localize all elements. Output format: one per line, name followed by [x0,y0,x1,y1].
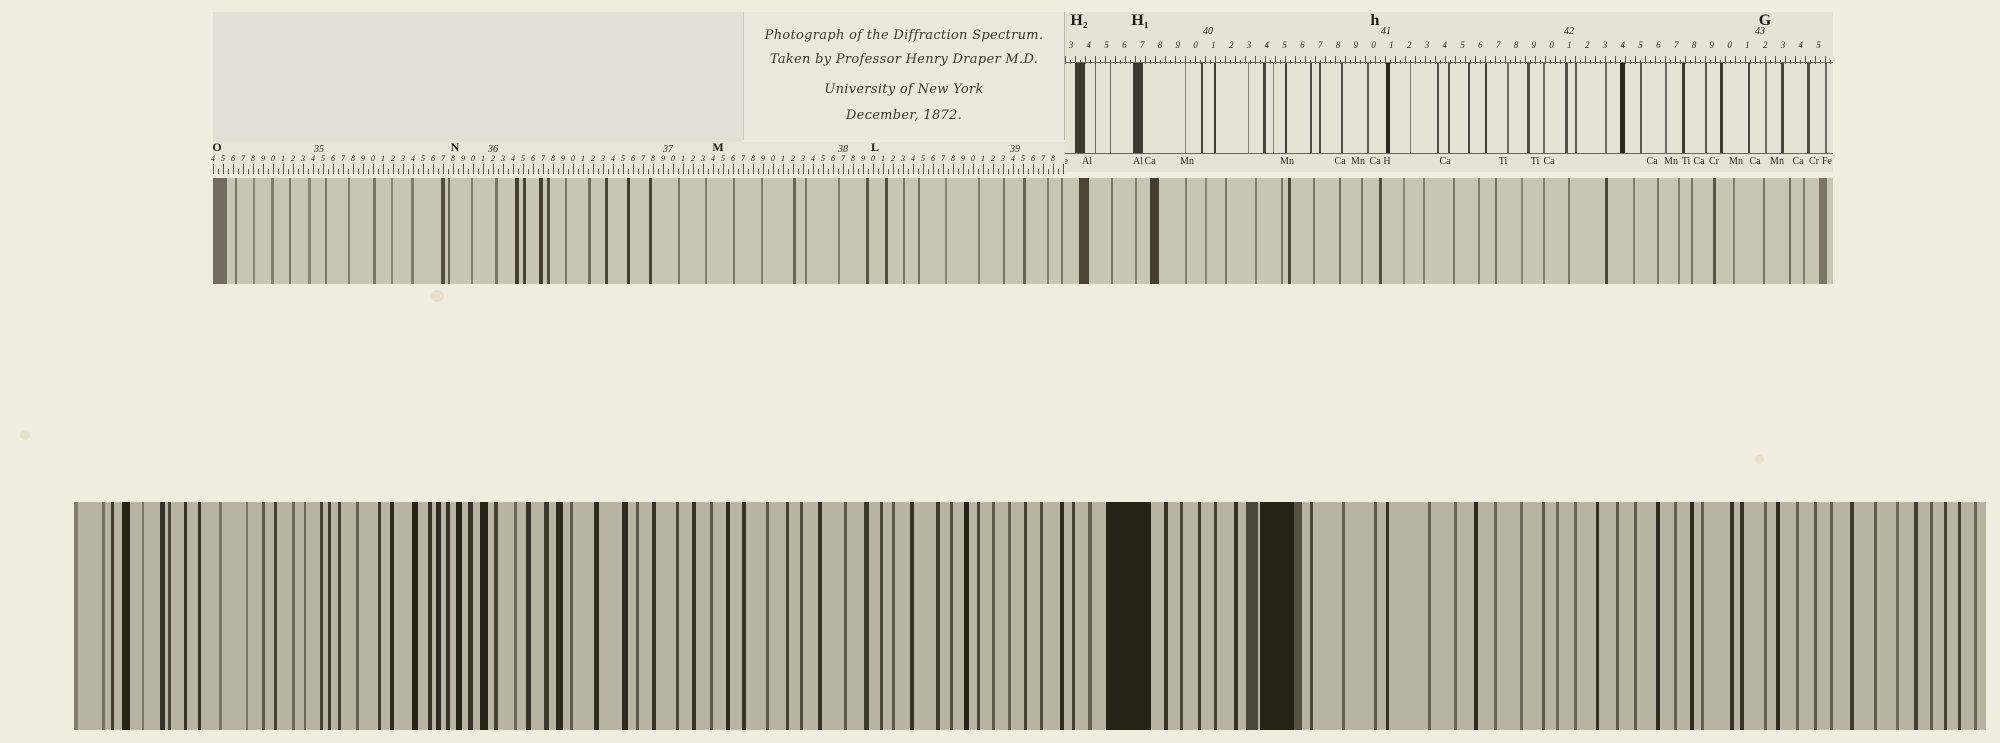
spectral-line [1527,63,1530,153]
element-label: Ca [1646,156,1657,167]
scale-tick [323,164,324,174]
spectral-line [1690,502,1694,730]
scale-tick [493,164,494,174]
spectral-line [992,502,995,730]
spectral-line [844,502,847,730]
spectral-line [1691,178,1693,284]
scale-tick [813,164,814,174]
scale-tick [473,164,474,174]
scale-tick [543,164,544,174]
element-label: Ca [1792,156,1803,167]
scale-tick [418,169,419,174]
scale-digit: 5 [1282,40,1287,50]
scale-digit: 6 [1478,40,1483,50]
spectral-line [448,178,450,284]
scale-digit: 9 [661,154,665,163]
spectral-line [411,178,414,284]
element-label: Ca [1369,156,1380,167]
element-label: Mn [1180,156,1194,167]
scale-digit: 0 [971,154,975,163]
spectral-line [636,502,639,730]
scale-tick [623,164,624,174]
spectral-line [1543,63,1545,153]
scale-tick [523,164,524,174]
element-labels: FeAlAlCaMnMnCaMnCaHCaTiTiCaCaMnTiCaCrMnC… [1065,152,1833,174]
scale-tick [218,169,219,174]
scale-tick [883,164,884,174]
spectral-line [1135,178,1137,284]
spectral-line [838,178,840,284]
scale-tick [1008,169,1009,174]
spectral-line [1088,502,1092,730]
spectral-line [1339,178,1341,284]
spectral-line [805,178,807,284]
spectral-line [918,178,920,284]
spectral-line [1825,63,1827,153]
scale-tick [1023,164,1024,174]
element-label: Ti [1531,156,1540,167]
scale-tick [1043,164,1044,174]
scale-digit: 7 [1041,154,1045,163]
spectral-line [1410,63,1411,153]
scale-digit: 8 [1336,40,1341,50]
scale-tick [683,164,684,174]
enlarged-spectrum-band [74,502,1986,730]
spectral-line [1958,502,1961,730]
element-label: Ca [1144,156,1155,167]
scale-tick [1003,164,1004,174]
spectral-line [1620,63,1625,153]
scale-tick [948,169,949,174]
caption-line-2: Taken by Professor Henry Draper M.D. [744,52,1064,67]
spectral-line [378,502,381,730]
scale-digit: 8 [651,154,655,163]
scale-digit: 4 [211,154,215,163]
spectral-line [390,502,394,730]
element-label: Cr [1709,156,1719,167]
scale-tick [1048,169,1049,174]
spectral-line [1556,502,1559,730]
spectral-line [1285,63,1287,153]
scale-digit: 2 [891,154,895,163]
spectral-line [274,502,277,730]
scale-tick [513,164,514,174]
fraunhofer-marker: H₁ [1131,12,1148,30]
scale-digit: 1 [381,154,385,163]
scale-tick [958,169,959,174]
element-label: Mn [1729,156,1743,167]
scale-tick [578,169,579,174]
scale-tick [673,164,674,174]
spectral-line [446,502,450,730]
scale-tick [463,164,464,174]
spectral-line [978,178,980,284]
spectral-line [676,502,679,730]
spectral-line [1930,502,1933,730]
spectral-line [142,502,144,730]
spectral-line [1180,502,1183,730]
spectral-line [742,502,746,730]
spectral-line [308,178,311,284]
spectral-line [1733,178,1735,284]
scale-tick [563,164,564,174]
scale-digit: 2 [791,154,795,163]
scale-digit: 2 [391,154,395,163]
element-label: Fe [1822,156,1832,167]
scale-tick [818,169,819,174]
spectral-line [1150,178,1159,284]
scale-tick [978,169,979,174]
spectral-line [1803,178,1805,284]
scale-tick [518,169,519,174]
spectral-line [480,502,488,730]
spectral-line [1474,502,1478,730]
scale-digit: 3 [1603,40,1608,50]
spectral-line [705,178,707,284]
spectral-line [1273,63,1274,153]
scale-tick [453,164,454,174]
spectral-line [441,178,445,284]
scale-digit: 5 [721,154,725,163]
spectral-line [198,502,201,730]
scale-digit: 9 [1532,40,1537,50]
scale-digit: 2 [991,154,995,163]
scale-tick [663,164,664,174]
scale-digit: 3 [701,154,705,163]
upper-spectrum-band [213,178,1833,284]
scale-tick [1058,169,1059,174]
spectral-line [945,178,947,284]
scale-tick [843,164,844,174]
scale-tick [898,169,899,174]
scale-tick [853,164,854,174]
spectral-line [328,502,331,730]
scale-digit: 4 [1011,154,1015,163]
scale-digit: 2 [1763,40,1768,50]
scale-number: 35 [314,144,324,155]
scale-digit: 2 [591,154,595,163]
scale-tick [748,169,749,174]
spectral-line [1379,178,1382,284]
spectral-line [726,502,730,730]
scale-digit: 0 [1193,40,1198,50]
spectral-line [1485,63,1487,153]
spectral-line [1713,178,1716,284]
scale-digit: 3 [1425,40,1430,50]
scale-tick [428,169,429,174]
scale-digit: 6 [331,154,335,163]
spectral-line [1185,178,1187,284]
spectral-line [880,502,883,730]
scale-tick [383,164,384,174]
spectral-line [102,502,105,730]
scale-tick [963,164,964,174]
spectral-line [1807,63,1810,153]
element-label: Mn [1280,156,1294,167]
spectral-line [1072,502,1075,730]
spectral-line [1361,178,1363,284]
spectral-line [1494,502,1497,730]
spectral-line [1024,502,1027,730]
scale-digit: 0 [271,154,275,163]
scale-tick [423,164,424,174]
map-scale-ruler: 3456789012345678901234567890123456789012… [1065,34,1833,64]
fraunhofer-marker: L [871,140,879,155]
spectral-line [950,502,953,730]
scale-tick [488,169,489,174]
scale-digit: 3 [401,154,405,163]
spectral-line [977,502,980,730]
scale-tick [758,169,759,174]
spectral-line [1740,502,1744,730]
scale-digit: 9 [1710,40,1715,50]
spectral-line [1764,502,1767,730]
scale-tick [873,164,874,174]
spectral-line [1640,63,1642,153]
scale-tick [233,164,234,174]
scale-tick [458,169,459,174]
scale-digit: 8 [1692,40,1697,50]
scale-digit: 7 [541,154,545,163]
scale-tick [648,169,649,174]
spectral-line [885,178,888,284]
spectral-line [1095,63,1096,153]
scale-tick [688,169,689,174]
scale-digit: 9 [561,154,565,163]
scale-tick [268,169,269,174]
spectral-line [253,178,255,284]
scale-number: 42 [1564,26,1574,37]
spectral-line [1678,178,1680,284]
scale-tick [278,169,279,174]
scale-digit: 1 [1567,40,1572,50]
scale-digit: 7 [1140,40,1145,50]
scale-tick [988,169,989,174]
scale-tick [223,164,224,174]
spectral-line [539,178,543,284]
scale-tick [243,164,244,174]
scale-digit: 4 [1443,40,1448,50]
spectral-line [1781,63,1784,153]
scale-digit: 9 [761,154,765,163]
scale-tick [848,169,849,174]
scale-tick [568,169,569,174]
spectral-line [786,502,789,730]
spectral-line [320,502,323,730]
scale-number: 38 [838,144,848,155]
scale-tick [833,164,834,174]
scale-tick [398,169,399,174]
spectral-line [356,502,359,730]
upper-spectrum-plate: Photograph of the Diffraction Spectrum. … [213,12,1833,284]
scale-digit: 5 [921,154,925,163]
spectral-line [793,178,796,284]
scale-digit: 3 [601,154,605,163]
scale-digit: 0 [771,154,775,163]
spectral-line [1003,178,1005,284]
scale-tick [938,169,939,174]
spectral-line [1748,63,1750,153]
spectral-line [373,178,376,284]
scale-digit: 9 [1176,40,1181,50]
spectral-line [761,178,763,284]
caption-line-3: University of New York [744,82,1064,97]
spectral-line [1263,63,1266,153]
element-label: Ca [1749,156,1760,167]
scale-digit: 1 [881,154,885,163]
spectral-line [556,502,563,730]
scale-tick [313,164,314,174]
spectral-line [1568,178,1570,284]
spectral-line [1248,63,1249,153]
spectral-line [262,502,265,730]
scale-tick [308,169,309,174]
spectral-line [338,502,341,730]
scale-tick [318,169,319,174]
element-label: Ca [1543,156,1554,167]
scale-digit: 0 [1371,40,1376,50]
spectral-line [544,502,549,730]
scale-digit: 2 [691,154,695,163]
spectral-line [1023,178,1026,284]
spectral-line [1605,178,1608,284]
fraunhofer-marker: O [212,140,221,155]
scale-digit: 6 [1300,40,1305,50]
scale-tick [498,169,499,174]
scale-tick [603,164,604,174]
spectral-line [1634,502,1637,730]
spectral-line [1437,63,1439,153]
spectral-line [526,502,531,730]
spectral-line [1776,502,1780,730]
scale-tick [573,164,574,174]
scale-tick [538,169,539,174]
scale-tick [808,169,809,174]
spectral-line [292,502,295,730]
element-label: Ca [1693,156,1704,167]
spectral-line [1850,502,1854,730]
scale-digit: 0 [371,154,375,163]
spectral-line [1294,502,1302,730]
scale-digit: 3 [501,154,505,163]
scale-tick [403,164,404,174]
scale-tick [708,169,709,174]
spectral-line [1819,178,1827,284]
scale-tick [678,169,679,174]
spectral-line [1075,63,1085,153]
spectral-line [1565,63,1568,153]
scale-digit: 9 [961,154,965,163]
scale-digit: 4 [1621,40,1626,50]
spectral-line [471,178,473,284]
scale-tick [893,164,894,174]
scale-tick [593,164,594,174]
spectral-line [692,502,696,730]
spectral-line [1428,502,1431,730]
scale-tick [643,164,644,174]
element-label: Al [1133,156,1143,167]
spectral-line [1521,178,1523,284]
fraunhofer-marker: H₂ [1070,12,1087,30]
scale-tick [933,164,934,174]
spectral-line [494,502,498,730]
spectral-line [1814,502,1817,730]
spectral-line [594,502,599,730]
spectral-line [1342,502,1345,730]
scale-tick [753,164,754,174]
scale-digit: 6 [731,154,735,163]
spectral-line [866,178,869,284]
spectral-line [1454,502,1457,730]
scale-digit: 1 [1745,40,1750,50]
spectral-line [710,502,713,730]
scale-digit: 0 [1549,40,1554,50]
spectral-line [652,502,656,730]
scale-tick [253,164,254,174]
scale-number: 39 [1010,144,1020,155]
scale-tick [438,169,439,174]
spectral-line [766,502,769,730]
scale-tick [408,169,409,174]
spectral-line [1106,502,1151,730]
scale-tick [868,169,869,174]
spectral-line [1575,63,1577,153]
map-spectral-lines [1065,62,1833,154]
scale-tick [803,164,804,174]
scale-tick [628,169,629,174]
element-label: Ca [1439,156,1450,167]
spectral-line [570,502,573,730]
scale-digit: 7 [641,154,645,163]
scale-tick [823,164,824,174]
scale-digit: 9 [461,154,465,163]
scale-tick [588,169,589,174]
line-map-area: H₂H₁hG 345678901234567890123456789012345… [1065,12,1833,172]
spectral-line [1720,63,1723,153]
scale-digit: 2 [1229,40,1234,50]
spectral-line [495,178,498,284]
scale-digit: 4 [511,154,515,163]
scale-digit: 2 [291,154,295,163]
scale-digit: 7 [441,154,445,163]
spectral-line [1448,63,1450,153]
spectral-line [1246,502,1258,730]
scale-digit: 1 [581,154,585,163]
spectral-line [1374,502,1377,730]
scale-digit: 8 [351,154,355,163]
scale-digit: 7 [1318,40,1323,50]
scale-digit: 8 [951,154,955,163]
scale-digit: 1 [1211,40,1216,50]
scale-tick [373,164,374,174]
scale-tick [913,164,914,174]
scale-digit: 5 [221,154,225,163]
spectral-line [456,502,462,730]
scale-digit: 3 [1001,154,1005,163]
scale-digit: 7 [941,154,945,163]
element-label: Al [1082,156,1092,167]
element-label: Mn [1351,156,1365,167]
spectral-line [289,178,291,284]
scale-tick [763,164,764,174]
spectral-line [605,178,608,284]
fraunhofer-marker: M [712,140,723,155]
scale-tick [773,164,774,174]
scale-number: 40 [1203,26,1213,37]
spectral-line [649,178,652,284]
spectral-line [1574,502,1577,730]
spectral-line [436,502,441,730]
